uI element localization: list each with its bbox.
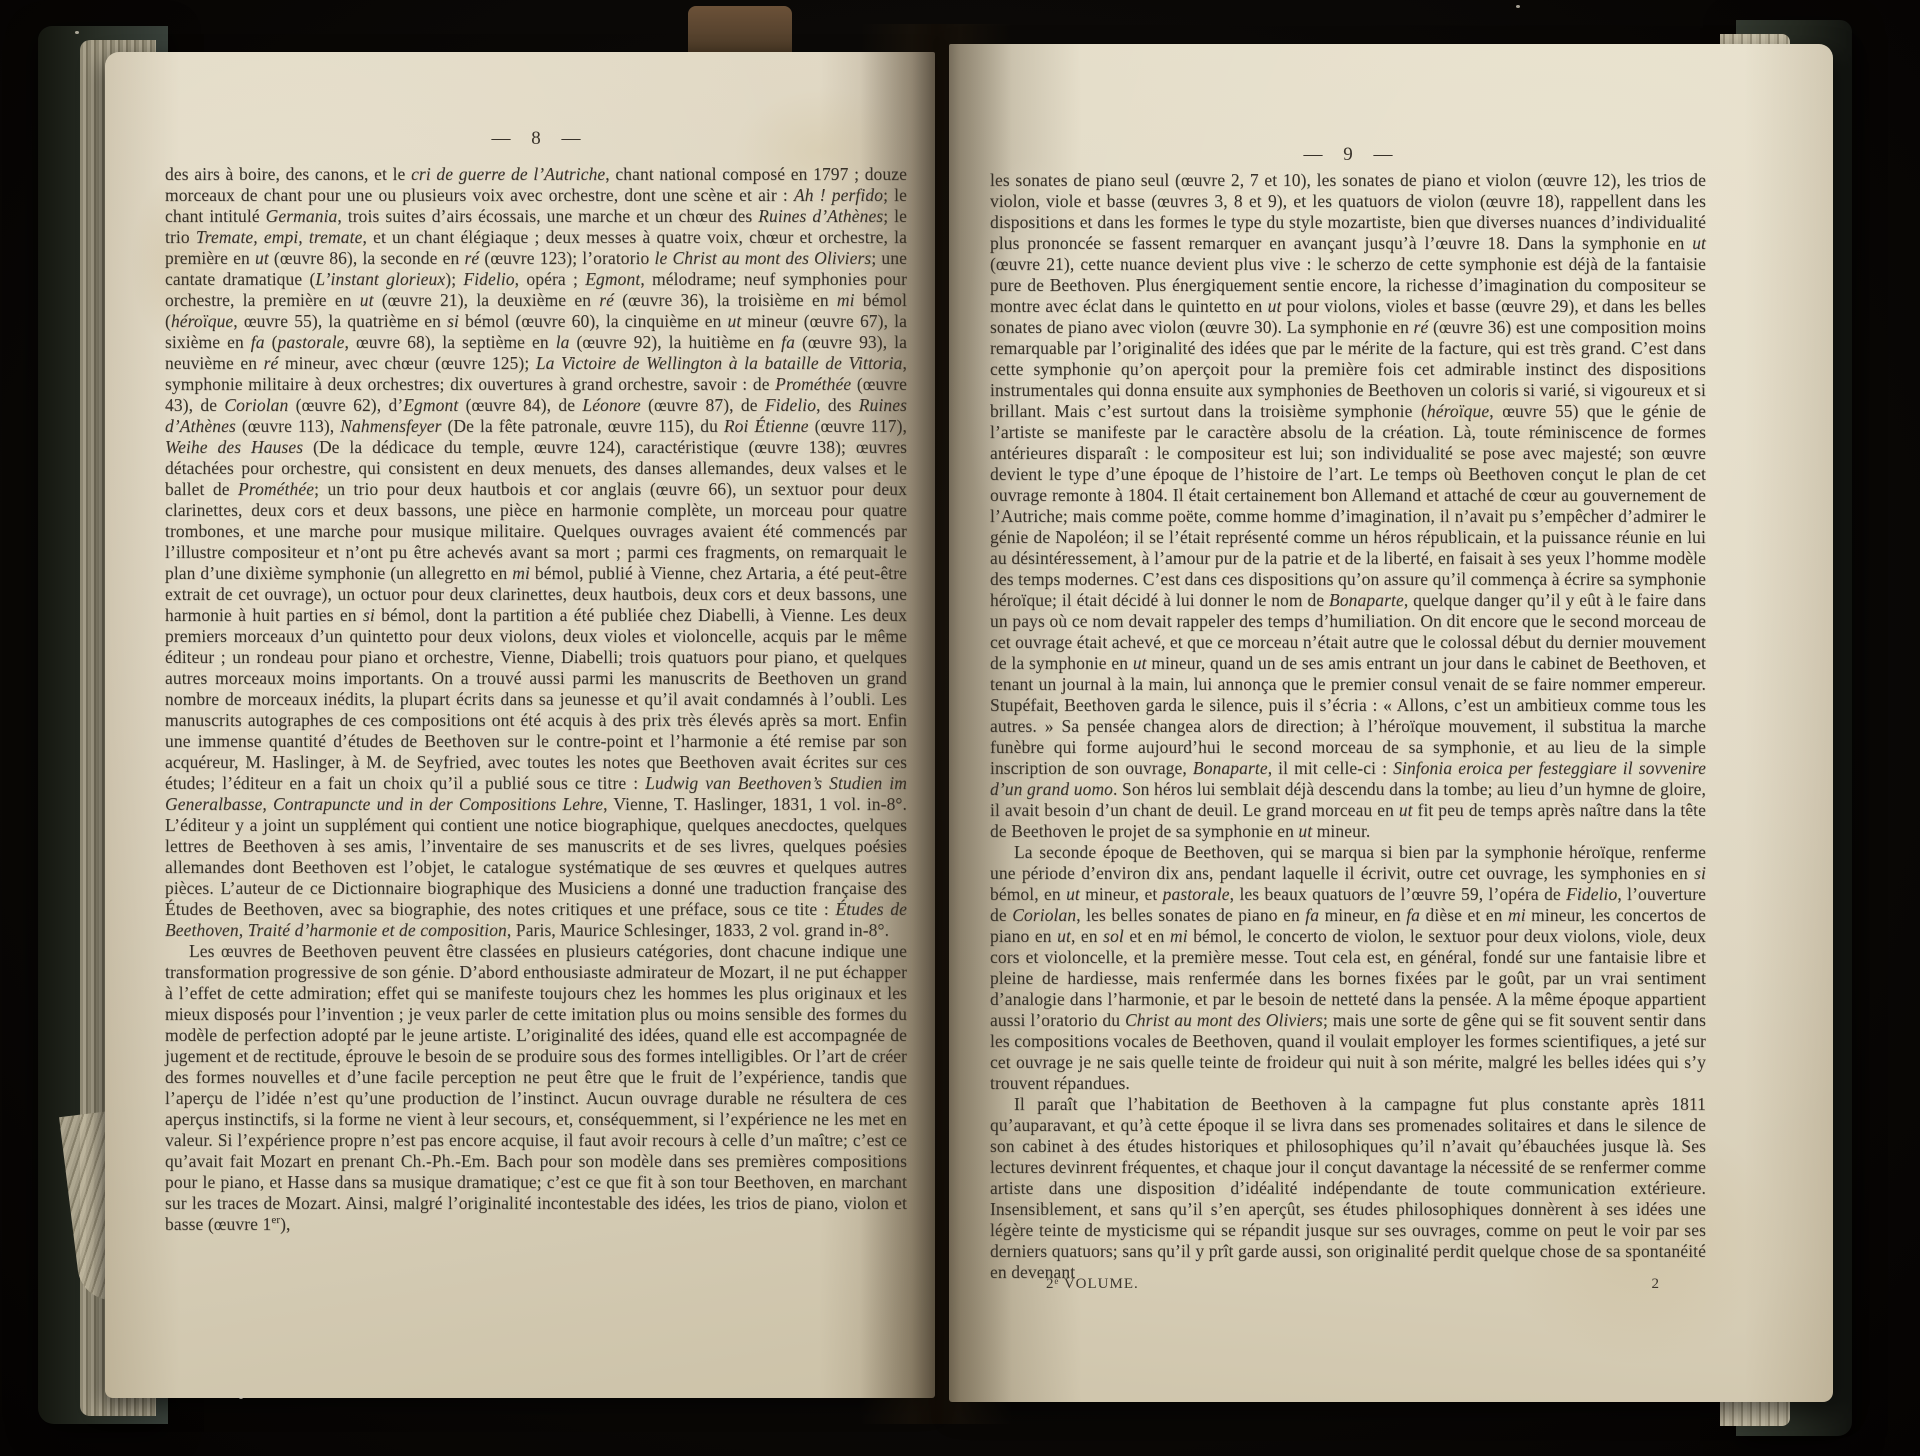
text-segment: la — [556, 332, 570, 352]
text-segment: mi — [837, 290, 855, 310]
text-segment: bémol (œuvre 60), la cinquième en — [459, 311, 728, 331]
text-segment: ( — [265, 332, 278, 352]
left-page-text: des airs à boire, des canons, et le cri … — [165, 164, 907, 1235]
text-segment: (œuvre 84), de — [458, 395, 582, 415]
text-segment: (œuvre 117), — [809, 416, 907, 436]
text-segment: Bonaparte — [1193, 758, 1268, 778]
page-number-right: — 9 — — [990, 144, 1706, 166]
text-segment: Prométhée — [775, 374, 851, 394]
text-segment: , œuvre 55), la quatrième en — [233, 311, 447, 331]
text-segment: si — [363, 605, 375, 625]
text-segment: (œuvre 86), la seconde en — [269, 248, 465, 268]
text-segment: ut — [360, 290, 374, 310]
text-segment: ré — [1414, 317, 1429, 337]
text-segment: ut — [255, 248, 269, 268]
text-segment: Germania — [266, 206, 338, 226]
dust-speck — [1516, 5, 1520, 8]
page-right: — 9 — les sonates de piano seul (œuvre 2… — [949, 44, 1833, 1402]
text-segment: Tremate, empi, tremate — [196, 227, 363, 247]
text-segment: pastorale — [1163, 884, 1230, 904]
text-segment: ut — [728, 311, 742, 331]
text-segment: Bonaparte — [1329, 590, 1404, 610]
text-segment: et en — [1124, 926, 1170, 946]
text-segment: Ah ! perfido — [794, 185, 883, 205]
dust-speck — [239, 1396, 243, 1399]
text-segment: (De la fête patronale, œuvre 115), du — [442, 416, 724, 436]
text-segment: mi — [1170, 926, 1188, 946]
text-segment: bémol, dont la partition a été publiée c… — [165, 605, 907, 793]
text-segment: des airs à boire, des canons, et le — [165, 164, 411, 184]
text-segment: ); — [445, 269, 463, 289]
text-segment: (œuvre 62), d’ — [288, 395, 403, 415]
text-segment: ut — [1692, 233, 1706, 253]
text-segment: Prométhée — [238, 479, 314, 499]
text-segment: , Paris, Maurice Schlesinger, 1833, 2 vo… — [507, 920, 889, 940]
text-segment: pastorale — [278, 332, 345, 352]
text-segment: le Christ au mont des Oliviers — [655, 248, 872, 268]
text-segment: La Victoire de Wellington à la bataille … — [536, 353, 903, 373]
text-segment: ut — [1066, 884, 1080, 904]
text-segment: , des — [816, 395, 859, 415]
open-book: — 8 — des airs à boire, des canons, et l… — [28, 4, 1884, 1452]
text-segment: Fidelio — [765, 395, 816, 415]
paragraph: les sonates de piano seul (œuvre 2, 7 et… — [990, 170, 1706, 842]
text-segment: , opéra ; — [515, 269, 586, 289]
text-segment: er — [271, 1214, 280, 1226]
text-segment: héroïque — [171, 311, 233, 331]
text-segment: La seconde époque de Beethoven, qui se m… — [990, 842, 1706, 883]
text-segment: si — [447, 311, 459, 331]
text-segment: bémol, en — [990, 884, 1066, 904]
page-footer: 2ᵉ VOLUME. 2 — [990, 1276, 1706, 1293]
text-segment: , œuvre 68), la septième en — [345, 332, 556, 352]
text-segment: héroïque — [1427, 401, 1489, 421]
text-segment: Nahmensfeyer — [340, 416, 441, 436]
text-segment: si — [1694, 863, 1706, 883]
page-left: — 8 — des airs à boire, des canons, et l… — [105, 52, 935, 1398]
text-segment: mineur, et — [1080, 884, 1163, 904]
text-segment: mineur, en — [1319, 905, 1406, 925]
text-segment: dièse et en — [1420, 905, 1508, 925]
text-segment: sol — [1103, 926, 1124, 946]
text-segment: ), — [280, 1214, 290, 1234]
text-segment: Les œuvres de Beethoven peuvent être cla… — [165, 941, 907, 1234]
text-segment: Ruines d’Athènes — [758, 206, 883, 226]
text-segment: , les belles sonates de piano en — [1076, 905, 1305, 925]
right-page-text: les sonates de piano seul (œuvre 2, 7 et… — [990, 170, 1706, 1283]
text-segment: ré — [465, 248, 480, 268]
text-segment: les sonates de piano seul (œuvre 2, 7 et… — [990, 170, 1706, 253]
sheet-signature: 2 — [1652, 1276, 1661, 1293]
text-segment: , trois suites d’airs écossais, une marc… — [337, 206, 758, 226]
paragraph: des airs à boire, des canons, et le cri … — [165, 164, 907, 941]
text-segment: mineur. — [1312, 821, 1370, 841]
text-segment: (œuvre 113), — [236, 416, 340, 436]
text-segment: Egmont — [585, 269, 640, 289]
text-segment: Il paraît que l’habitation de Beethoven … — [990, 1094, 1706, 1282]
text-segment: Coriolan — [1012, 905, 1076, 925]
text-segment: mi — [512, 563, 530, 583]
text-segment: , il mit celle-ci : — [1268, 758, 1393, 778]
text-segment: , en — [1071, 926, 1103, 946]
text-segment: , les beaux quatuors de l’œuvre 59, l’op… — [1230, 884, 1566, 904]
text-segment: ut — [1399, 800, 1413, 820]
text-segment: ré — [599, 290, 614, 310]
text-segment: (œuvre 21), la deuxième en — [374, 290, 600, 310]
text-segment: mi — [1508, 905, 1526, 925]
text-segment: ut — [1133, 653, 1147, 673]
paragraph: La seconde époque de Beethoven, qui se m… — [990, 842, 1706, 1094]
text-segment: ut — [1268, 296, 1282, 316]
text-segment: ré — [264, 353, 279, 373]
volume-signature: 2ᵉ VOLUME. — [1046, 1276, 1139, 1293]
text-segment: (œuvre 87), de — [641, 395, 765, 415]
dust-speck — [75, 31, 79, 34]
text-segment: Weihe des Hauses — [165, 437, 303, 457]
text-segment: cri de guerre de l’Autriche — [411, 164, 605, 184]
text-segment: (œuvre 36), la troisième en — [614, 290, 837, 310]
text-segment: Egmont — [403, 395, 458, 415]
text-segment: (œuvre 92), la huitième en — [570, 332, 782, 352]
paragraph: Les œuvres de Beethoven peuvent être cla… — [165, 941, 907, 1235]
text-segment: mineur, avec chœur (œuvre 125); — [278, 353, 535, 373]
text-segment: Fidelio — [463, 269, 514, 289]
text-segment: Christ au mont des Oliviers — [1125, 1010, 1323, 1030]
text-segment: L’instant glorieux — [315, 269, 445, 289]
text-segment: , œuvre 55) que le génie de l’artiste se… — [990, 401, 1706, 610]
text-segment: ut — [1057, 926, 1071, 946]
photo-background: — 8 — des airs à boire, des canons, et l… — [0, 0, 1920, 1456]
text-segment: fa — [251, 332, 265, 352]
page-number-left: — 8 — — [165, 128, 907, 150]
text-segment: fa — [1305, 905, 1319, 925]
text-segment: Léonore — [582, 395, 640, 415]
text-segment: fa — [781, 332, 795, 352]
text-segment: Roi Étienne — [724, 416, 809, 436]
text-segment: (œuvre 123); l’oratorio — [479, 248, 654, 268]
text-segment: fa — [1406, 905, 1420, 925]
text-segment: Fidelio — [1566, 884, 1617, 904]
text-segment: Coriolan — [224, 395, 288, 415]
text-segment: ut — [1298, 821, 1312, 841]
paragraph: Il paraît que l’habitation de Beethoven … — [990, 1094, 1706, 1283]
